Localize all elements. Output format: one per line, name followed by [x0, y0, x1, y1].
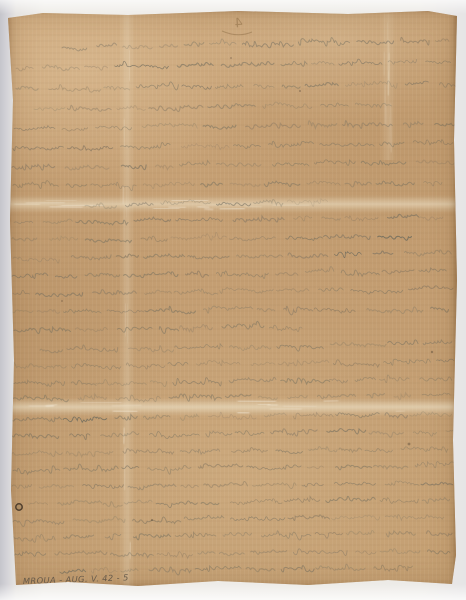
handwriting-word	[264, 181, 300, 186]
handwriting-word	[184, 515, 224, 520]
handwriting-word	[126, 363, 165, 369]
handwriting-word	[351, 289, 404, 294]
handwriting-word	[195, 566, 242, 571]
handwriting-word	[28, 502, 48, 505]
handwriting-word	[320, 143, 375, 146]
handwriting-word	[288, 515, 330, 520]
handwriting-word	[142, 123, 198, 128]
handwriting-word	[60, 569, 86, 573]
handwriting-word	[261, 531, 312, 540]
crease-fiber-streak	[130, 542, 131, 559]
crease-fiber-streak	[112, 405, 142, 406]
handwriting-word	[12, 238, 37, 241]
handwriting-word	[335, 465, 372, 470]
handwriting-word	[168, 362, 189, 366]
handwriting-word	[254, 84, 275, 88]
handwriting-word	[435, 39, 449, 42]
handwriting-word	[355, 551, 376, 555]
handwriting-word	[385, 481, 419, 485]
handwriting-word	[333, 360, 380, 367]
handwriting-word	[446, 430, 453, 431]
handwriting-word	[133, 534, 171, 540]
handwriting-word	[150, 381, 167, 387]
handwriting-word	[182, 85, 212, 89]
handwriting-word	[63, 309, 101, 313]
handwriting-word	[436, 359, 454, 362]
handwriting-word	[280, 378, 330, 384]
handwriting-word	[326, 429, 366, 434]
handwriting-word	[231, 448, 268, 453]
handwriting-word	[13, 395, 69, 402]
handwriting-word	[125, 203, 153, 207]
handwriting-word	[334, 252, 362, 258]
crease-fiber-streak	[384, 52, 385, 75]
handwriting-word	[318, 288, 343, 291]
handwriting-word	[42, 65, 79, 71]
handwriting-word	[216, 163, 261, 167]
crease-fiber-streak	[324, 400, 339, 401]
handwriting-word	[13, 520, 65, 527]
paper-speck	[230, 57, 232, 59]
handwriting-word	[12, 434, 59, 439]
crease-fiber-streak	[258, 404, 271, 405]
handwriting-word	[365, 449, 393, 453]
handwriting-word	[355, 377, 376, 381]
handwriting-word	[181, 485, 199, 488]
handwriting-word	[373, 565, 413, 571]
handwriting-word	[235, 431, 264, 436]
handwriting-word	[320, 103, 348, 107]
crease-fiber-streak	[14, 204, 40, 205]
handwriting-word	[380, 498, 419, 504]
handwriting-word	[315, 532, 343, 538]
handwriting-word	[230, 517, 285, 521]
handwriting-word	[123, 449, 174, 454]
handwriting-word	[63, 535, 94, 539]
handwriting-word	[114, 61, 169, 69]
handwriting-word	[276, 450, 303, 454]
handwriting-word	[39, 484, 74, 488]
handwriting-word	[305, 83, 339, 87]
handwriting-word	[55, 551, 108, 555]
fold-crease-horizontal	[10, 195, 455, 213]
handwriting-word	[288, 253, 328, 258]
handwriting-word	[174, 289, 218, 295]
handwriting-word	[223, 532, 252, 536]
handwriting-word	[346, 531, 374, 535]
handwriting-word	[229, 377, 277, 382]
handwriting-word	[230, 183, 260, 187]
handwriting-word	[250, 550, 287, 554]
handwriting-word	[270, 429, 318, 436]
handwriting-word	[66, 345, 118, 352]
handwriting-word	[12, 551, 46, 556]
handwriting-word	[75, 220, 128, 225]
handwriting-word	[387, 214, 419, 218]
handwriting-word	[90, 182, 137, 191]
handwriting-word	[117, 327, 153, 332]
handwriting-word	[421, 482, 453, 485]
handwriting-word	[124, 500, 153, 504]
handwriting-word	[379, 142, 404, 147]
handwriting-word	[120, 568, 138, 572]
crease-fiber-streak	[26, 203, 65, 204]
handwriting-word	[201, 502, 219, 504]
handwriting-word	[366, 307, 423, 314]
handwriting-word	[339, 448, 362, 452]
crease-fiber-streak	[386, 105, 387, 125]
handwriting-word	[172, 378, 222, 386]
handwriting-word	[114, 415, 137, 421]
handwriting-word	[13, 146, 64, 150]
crease-fiber-streak	[245, 206, 262, 207]
handwriting-word	[373, 465, 408, 469]
handwriting-word	[121, 165, 147, 170]
handwriting-word	[85, 273, 120, 277]
crease-fiber-streak	[172, 200, 209, 201]
crease-fiber-streak	[388, 53, 389, 96]
handwriting-word	[71, 363, 121, 369]
handwriting-word	[35, 293, 83, 297]
crease-fiber-streak	[220, 208, 245, 209]
handwriting-word	[404, 250, 451, 256]
handwriting-word	[11, 534, 55, 542]
handwriting-word	[345, 82, 368, 87]
handwriting-word	[43, 219, 73, 224]
handwriting-word	[416, 160, 455, 165]
handwriting-word	[148, 105, 203, 111]
handwriting-word	[382, 270, 415, 274]
handwriting-word	[317, 394, 356, 399]
handwriting-word	[95, 380, 146, 386]
handwriting-word	[100, 432, 139, 437]
handwriting-word	[253, 200, 283, 207]
handwriting-word	[34, 108, 65, 111]
handwriting-word	[143, 182, 195, 189]
handwriting-word	[14, 126, 56, 131]
handwriting-word	[334, 482, 375, 485]
crease-fiber-streak	[46, 405, 58, 406]
handwriting-word	[85, 239, 132, 243]
crease-fiber-streak	[202, 205, 221, 206]
handwriting-word	[311, 61, 334, 65]
handwriting-word	[307, 466, 324, 469]
handwriting-word	[12, 451, 63, 457]
handwriting-word	[147, 465, 192, 474]
ink-blot	[16, 504, 22, 510]
handwriting-word	[423, 340, 452, 345]
handwriting-word	[293, 549, 348, 556]
crease-fiber-streak	[197, 207, 209, 208]
crease-fiber-streak	[388, 71, 389, 96]
handwriting-word	[378, 236, 412, 240]
handwriting-word	[180, 414, 200, 420]
handwriting-word	[323, 235, 370, 240]
handwriting-word	[430, 307, 448, 312]
handwriting-word	[307, 181, 341, 185]
handwriting-word	[331, 515, 380, 520]
handwriting-word	[198, 464, 243, 468]
handwriting-word	[281, 566, 315, 572]
handwriting-word	[209, 39, 236, 45]
handwriting-word	[420, 377, 452, 381]
crease-fiber-streak	[124, 428, 125, 444]
handwriting-word	[366, 81, 397, 88]
crease-fiber-streak	[124, 119, 125, 147]
handwriting-word	[159, 44, 177, 47]
handwriting-word	[66, 184, 87, 188]
handwriting-word	[92, 290, 136, 295]
handwriting-word	[177, 63, 214, 68]
handwriting-word	[385, 413, 408, 418]
handwriting-word	[329, 379, 348, 383]
handwriting-word	[280, 61, 307, 66]
handwriting-word	[144, 306, 196, 313]
crease-fiber-streak	[396, 411, 405, 412]
handwriting-word	[116, 106, 145, 111]
page-number-underline	[222, 31, 252, 35]
handwriting-word	[405, 81, 429, 85]
handwriting-word	[200, 182, 222, 187]
crease-fiber-streak	[46, 406, 54, 407]
handwriting-word	[174, 344, 223, 349]
handwriting-word	[215, 84, 243, 88]
crease-fiber-streak	[58, 205, 96, 206]
handwriting-word	[276, 289, 309, 292]
handwriting-word	[330, 342, 386, 346]
handwriting-word	[345, 216, 379, 221]
handwriting-word	[298, 38, 350, 47]
fold-crease-vertical	[119, 14, 135, 586]
handwriting-word	[12, 466, 60, 474]
handwriting-word	[293, 413, 334, 419]
handwriting-word	[355, 103, 391, 108]
handwriting-word	[221, 321, 264, 329]
handwriting-word	[155, 165, 173, 170]
handwriting-word	[426, 61, 451, 64]
handwriting-word	[315, 564, 365, 570]
handwriting-word	[149, 567, 192, 575]
handwriting-word	[159, 327, 179, 334]
handwriting-word	[14, 327, 71, 333]
archival-annotation: MROUA - AUG. V. 42 - 5	[23, 572, 129, 586]
handwriting-word	[345, 181, 372, 187]
handwriting-word	[225, 394, 251, 397]
handwriting-word	[49, 236, 78, 241]
handwriting-word	[180, 449, 220, 454]
handwriting-word	[85, 203, 117, 209]
handwriting-word	[175, 218, 222, 222]
handwriting-word	[342, 121, 392, 129]
handwriting-word	[284, 497, 321, 503]
handwriting-word	[12, 362, 67, 368]
handwriting-word	[245, 123, 301, 129]
handwriting-word	[12, 417, 62, 422]
handwriting-word	[203, 306, 253, 313]
paper-speck	[11, 343, 13, 345]
handwriting-word	[185, 271, 209, 277]
handwriting-word	[203, 125, 237, 129]
crease-fiber-streak	[205, 209, 214, 211]
handwriting-word	[156, 501, 198, 508]
handwriting-word	[385, 515, 444, 521]
handwriting-word	[439, 83, 456, 88]
handwriting-word	[12, 273, 49, 278]
handwriting-word	[264, 413, 287, 417]
handwriting-word	[367, 393, 385, 398]
handwriting-word	[179, 161, 210, 167]
crease-fiber-streak	[50, 207, 83, 208]
handwriting-word	[85, 66, 108, 70]
handwriting-word	[401, 447, 449, 452]
handwriting-word	[422, 498, 450, 504]
handwriting-word	[13, 257, 60, 263]
handwriting-word	[262, 102, 312, 108]
handwriting-word	[236, 255, 282, 258]
crease-fiber-streak	[123, 186, 124, 204]
handwriting-word	[37, 310, 60, 314]
handwriting-word	[305, 267, 334, 273]
handwriting-word	[208, 412, 257, 419]
handwriting-word	[103, 502, 123, 508]
handwriting-bleedthrough	[11, 37, 456, 575]
handwriting-word	[62, 128, 88, 131]
handwriting-word	[95, 126, 132, 130]
handwriting-word	[16, 86, 39, 90]
handwriting-word	[104, 86, 130, 90]
handwriting-word	[175, 532, 216, 538]
handwriting-word	[198, 552, 215, 555]
handwriting-word	[233, 145, 260, 149]
handwriting-word	[188, 256, 230, 259]
handwriting-word	[207, 104, 255, 109]
handwriting-word	[325, 496, 376, 502]
handwriting-word	[91, 567, 117, 573]
handwriting-word	[216, 202, 251, 205]
handwriting-word	[123, 45, 153, 49]
handwriting-word	[269, 325, 303, 331]
handwriting-word	[160, 200, 211, 205]
fold-creases	[10, 14, 456, 586]
handwriting-word	[67, 146, 113, 151]
handwriting-word	[413, 140, 453, 145]
handwriting-word	[12, 380, 66, 386]
handwriting-word	[293, 216, 312, 221]
handwriting-word	[379, 375, 410, 383]
handwriting-word	[122, 466, 139, 469]
paper-speck	[299, 90, 301, 92]
handwriting-word	[141, 236, 168, 242]
handwriting-word	[341, 270, 380, 276]
handwriting-word	[357, 41, 394, 45]
handwriting-word	[66, 451, 114, 457]
handwriting-word	[116, 254, 139, 258]
handwriting-word	[71, 380, 96, 385]
handwriting-word	[338, 59, 382, 65]
handwriting-word	[251, 362, 275, 366]
handwriting-word	[105, 534, 122, 540]
handwriting-word	[229, 236, 276, 240]
crease-fiber-streak	[385, 85, 386, 125]
handwriting-word	[400, 37, 429, 45]
handwriting-word	[63, 417, 107, 422]
handwriting-word	[13, 290, 30, 294]
handwriting-word	[287, 199, 328, 207]
handwriting-word	[308, 447, 337, 452]
paper-speck	[431, 351, 433, 353]
handwriting-word	[415, 462, 455, 468]
handwriting-word	[427, 550, 450, 554]
handwriting-word	[369, 432, 404, 438]
handwriting-word	[286, 236, 323, 240]
handwriting-word	[115, 395, 160, 402]
handwriting-word	[258, 396, 277, 400]
handwriting-word	[55, 275, 77, 278]
handwriting-word	[71, 255, 112, 260]
handwriting-word	[424, 181, 443, 186]
handwriting-word	[219, 288, 274, 294]
stains-layer	[11, 57, 433, 521]
handwriting-word	[361, 161, 406, 166]
paper-speck	[151, 519, 153, 521]
handwriting-word	[128, 484, 177, 490]
crease-fiber-streak	[238, 401, 276, 402]
handwriting-word	[179, 325, 213, 332]
handwriting-word	[422, 393, 450, 396]
handwriting-word	[386, 531, 416, 537]
handwriting-word	[246, 567, 275, 571]
handwriting-word	[335, 413, 379, 418]
handwriting-word	[12, 164, 56, 170]
handwriting-word	[322, 217, 341, 220]
handwriting-word	[107, 310, 144, 313]
handwriting-word	[65, 165, 110, 170]
handwriting-word	[388, 59, 418, 64]
handwriting-word	[63, 464, 119, 472]
handwriting-word	[132, 517, 181, 524]
handwriting-word	[314, 160, 356, 166]
paper-speck	[408, 443, 411, 446]
handwriting-word	[409, 412, 452, 417]
handwriting-word	[57, 500, 102, 505]
crease-fiber-streak	[388, 40, 389, 83]
handwriting-word	[278, 360, 330, 366]
handwriting-word	[373, 251, 393, 254]
crease-fiber-streak	[390, 103, 391, 152]
handwriting-word	[242, 42, 294, 48]
crease-fiber-streak	[273, 205, 310, 206]
handwriting-word	[216, 271, 269, 279]
handwriting-word	[268, 141, 314, 147]
paper-speck	[61, 300, 63, 302]
handwriting-word	[67, 105, 111, 111]
handwriting-word	[110, 553, 153, 558]
handwriting-word	[314, 308, 355, 313]
handwriting-word	[283, 306, 313, 315]
handwriting-word	[157, 552, 193, 559]
handwriting-word	[413, 431, 437, 436]
crease-fiber-streak	[237, 413, 249, 414]
handwriting-word	[275, 272, 298, 275]
handwriting-word	[232, 216, 284, 222]
crease-fiber-streak	[124, 448, 125, 491]
handwriting-word	[246, 465, 301, 470]
handwriting-word	[136, 82, 180, 90]
crease-fiber-streak	[169, 207, 186, 208]
handwriting-word	[120, 143, 171, 150]
handwriting-word	[308, 121, 338, 129]
handwriting-word	[143, 254, 185, 258]
